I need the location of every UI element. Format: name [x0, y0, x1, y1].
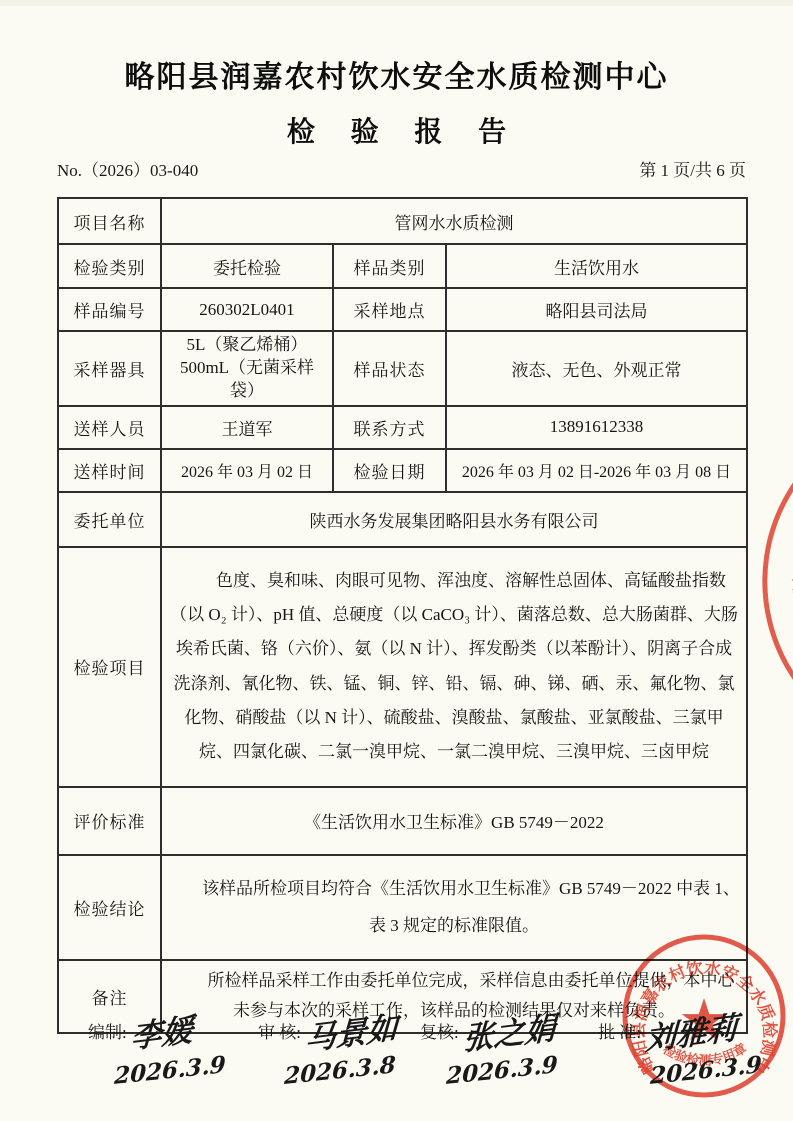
reviewed-by-block: 审 核:马景如 2026.3.8: [258, 1008, 398, 1084]
approved-by-date: 2026.3.9: [650, 1051, 762, 1090]
meta-row: No.（2026）03-040 第 1 页/共 6 页: [57, 156, 746, 178]
delivery-date-label: 送样时间: [58, 449, 161, 492]
sample-type-value: 生活饮用水: [446, 244, 747, 288]
reviewed-by-date: 2026.3.8: [284, 1051, 398, 1090]
reviewed-by-label: 审 核:: [258, 1008, 301, 1043]
approved-by-label: 批 准:: [598, 1008, 641, 1043]
sample-state-label: 样品状态: [333, 331, 446, 406]
conclusion-label: 检验结论: [58, 855, 161, 960]
org-title: 略阳县润嘉农村饮水安全水质检测中心: [0, 52, 793, 96]
inspection-date-label: 检验日期: [333, 449, 446, 492]
contact-value: 13891612338: [446, 406, 747, 449]
items-value: 色度、臭和味、肉眼可见物、浑浊度、溶解性总固体、高锰酸盐指数（以 O₂ 计）、p…: [161, 547, 747, 787]
client-label: 委托单位: [58, 492, 161, 547]
table-row: 检验类别 委托检验 样品类别 生活饮用水: [58, 244, 747, 288]
table-row: 送样时间 2026 年 03 月 02 日 检验日期 2026 年 03 月 0…: [58, 449, 747, 492]
deliverer-value: 王道军: [161, 406, 333, 449]
conclusion-value: 该样品所检项目均符合《生活饮用水卫生标准》GB 5749－2022 中表 1、表…: [161, 855, 747, 960]
approved-by-block: 批 准:刘雅莉 2026.3.9: [598, 1008, 762, 1084]
report-title: 检 验 报 告: [0, 110, 793, 150]
sample-type-label: 样品类别: [333, 244, 446, 288]
checked-by-label: 复核:: [420, 1008, 459, 1043]
prepared-by-block: 编制:李媛 2026.3.9: [88, 1008, 226, 1084]
inspection-type-value: 委托检验: [161, 244, 333, 288]
sampling-tools-label: 采样器具: [58, 331, 161, 406]
prepared-by-signature: 李媛: [130, 1004, 194, 1057]
table-row: 检验项目 色度、臭和味、肉眼可见物、浑浊度、溶解性总固体、高锰酸盐指数（以 O₂…: [58, 547, 747, 787]
checked-by-block: 复核:张之娟 2026.3.9: [420, 1008, 558, 1084]
table-row: 采样器具 5L（聚乙烯桶） 500mL（无菌采样袋） 样品状态 液态、无色、外观…: [58, 331, 747, 406]
report-table: 项目名称 管网水水质检测 检验类别 委托检验 样品类别 生活饮用水 样品编号 2…: [57, 197, 748, 1034]
client-value: 陕西水务发展集团略阳县水务有限公司: [161, 492, 747, 547]
items-label: 检验项目: [58, 547, 161, 787]
sample-no-label: 样品编号: [58, 288, 161, 331]
standard-value: 《生活饮用水卫生标准》GB 5749－2022: [161, 787, 747, 855]
page-number: 第 1 页/共 6 页: [639, 156, 746, 181]
delivery-date-value: 2026 年 03 月 02 日: [161, 449, 333, 492]
project-name-label: 项目名称: [58, 198, 161, 244]
edge-stamp-ring-text: 略阳县润嘉农村饮水安全水质检测中心: [777, 446, 793, 674]
sampling-site-label: 采样地点: [333, 288, 446, 331]
approved-by-signature: 刘雅莉: [644, 1002, 739, 1059]
deliverer-label: 送样人员: [58, 406, 161, 449]
report-page: 略阳县润嘉农村饮水安全水质检测中心 检 验 报 告 No.（2026）03-04…: [0, 0, 793, 1121]
table-row: 委托单位 陕西水务发展集团略阳县水务有限公司: [58, 492, 747, 547]
prepared-by-label: 编制:: [88, 1008, 127, 1043]
sample-state-value: 液态、无色、外观正常: [446, 331, 747, 406]
project-name-value: 管网水水质检测: [161, 198, 747, 244]
sampling-site-value: 略阳县司法局: [446, 288, 747, 331]
svg-text:略阳县润嘉农村饮水安全水质检测中心: 略阳县润嘉农村饮水安全水质检测中心: [777, 446, 793, 674]
sampling-tools-value: 5L（聚乙烯桶） 500mL（无菌采样袋）: [161, 331, 333, 406]
sample-no-value: 260302L0401: [161, 288, 333, 331]
report-number: No.（2026）03-040: [57, 156, 198, 181]
table-row: 样品编号 260302L0401 采样地点 略阳县司法局: [58, 288, 747, 331]
checked-by-signature: 张之娟: [462, 1002, 557, 1059]
inspection-date-value: 2026 年 03 月 02 日-2026 年 03 月 08 日: [446, 449, 747, 492]
table-row: 项目名称 管网水水质检测: [58, 198, 747, 244]
contact-label: 联系方式: [333, 406, 446, 449]
standard-label: 评价标准: [58, 787, 161, 855]
table-row: 评价标准 《生活饮用水卫生标准》GB 5749－2022: [58, 787, 747, 855]
reviewed-by-signature: 马景如: [304, 1002, 399, 1059]
table-row: 检验结论 该样品所检项目均符合《生活饮用水卫生标准》GB 5749－2022 中…: [58, 855, 747, 960]
table-row: 送样人员 王道军 联系方式 13891612338: [58, 406, 747, 449]
inspection-type-label: 检验类别: [58, 244, 161, 288]
